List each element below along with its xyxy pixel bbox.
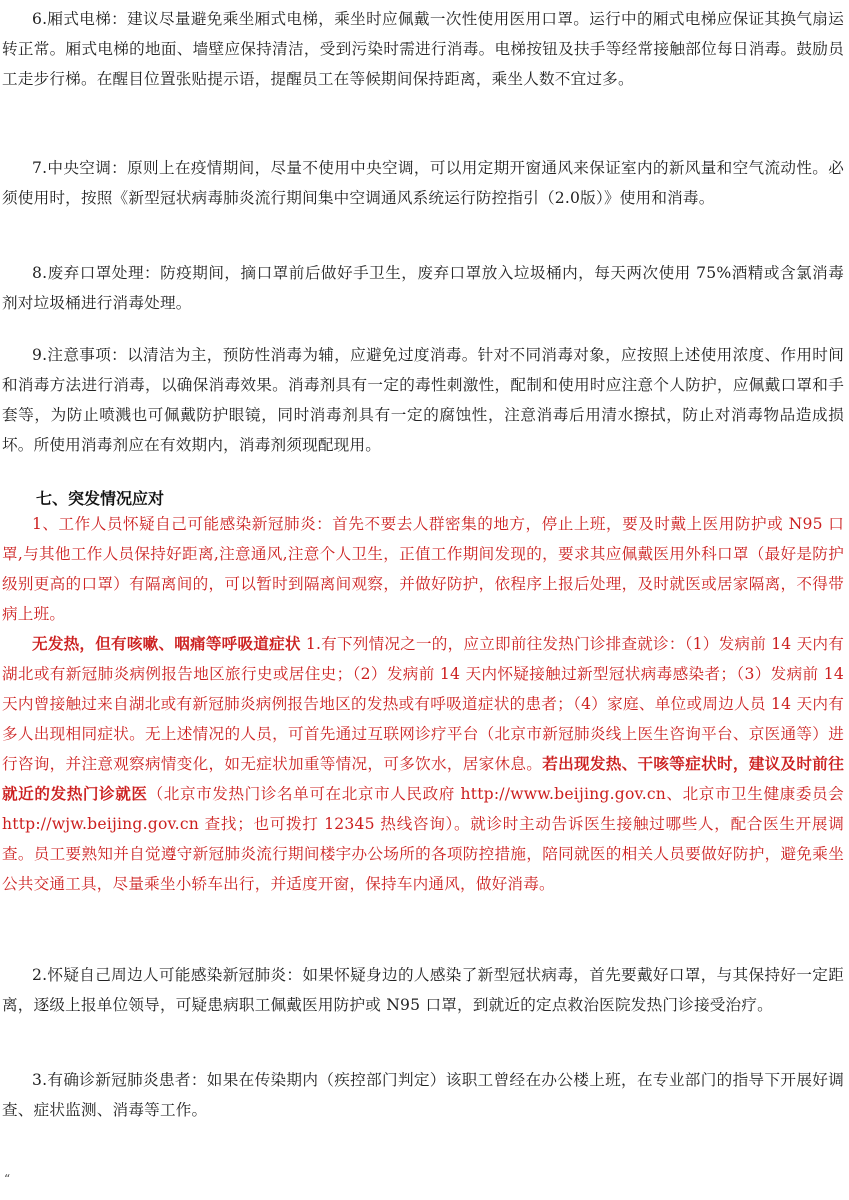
paragraph-confirmed-case: 3.有确诊新冠肺炎患者：如果在传染期内（疾控部门判定）该职工曾经在办公楼上班，在… — [2, 1065, 844, 1125]
paragraph-text: 3.有确诊新冠肺炎患者：如果在传染期内（疾控部门判定）该职工曾经在办公楼上班，在… — [2, 1071, 844, 1119]
paragraph-text: 8.废弃口罩处理：防疫期间，摘口罩前后做好手卫生，废弃口罩放入垃圾桶内，每天两次… — [2, 264, 844, 312]
paragraph-mask-disposal: 8.废弃口罩处理：防疫期间，摘口罩前后做好手卫生，废弃口罩放入垃圾桶内，每天两次… — [2, 258, 844, 318]
paragraph-text: 6.厢式电梯：建议尽量避免乘坐厢式电梯，乘坐时应佩戴一次性使用医用口罩。运行中的… — [2, 10, 844, 88]
paragraph-text: 1、工作人员怀疑自己可能感染新冠肺炎：首先不要去人群密集的地方，停止上班，要及时… — [2, 515, 844, 623]
stray-quote-mark: “ — [4, 1172, 10, 1186]
section-heading-emergency: 七、突发情况应对 — [36, 486, 164, 509]
paragraph-text: 1.有下列情况之一的，应立即前往发热门诊排查就诊：（1）发病前 14 天内有湖北… — [2, 635, 844, 773]
paragraph-central-ac: 7.中央空调：原则上在疫情期间，尽量不使用中央空调，可以用定期开窗通风来保证室内… — [2, 153, 844, 213]
paragraph-text: 2.怀疑自己周边人可能感染新冠肺炎：如果怀疑身边的人感染了新型冠状病毒，首先要戴… — [2, 966, 844, 1014]
paragraph-others-suspected: 2.怀疑自己周边人可能感染新冠肺炎：如果怀疑身边的人感染了新型冠状病毒，首先要戴… — [2, 960, 844, 1020]
paragraph-text: 7.中央空调：原则上在疫情期间，尽量不使用中央空调，可以用定期开窗通风来保证室内… — [2, 159, 844, 207]
bold-symptom-label: 无发热，但有咳嗽、咽痛等呼吸道症状 — [32, 634, 301, 653]
document-page: 6.厢式电梯：建议尽量避免乘坐厢式电梯，乘坐时应佩戴一次性使用医用口罩。运行中的… — [0, 0, 849, 1200]
paragraph-self-suspected: 1、工作人员怀疑自己可能感染新冠肺炎：首先不要去人群密集的地方，停止上班，要及时… — [2, 509, 844, 629]
paragraph-precautions: 9.注意事项：以清洁为主，预防性消毒为辅，应避免过度消毒。针对不同消毒对象，应按… — [2, 340, 844, 460]
paragraph-symptoms: 无发热，但有咳嗽、咽痛等呼吸道症状 1.有下列情况之一的，应立即前往发热门诊排查… — [2, 629, 844, 899]
paragraph-text: 9.注意事项：以清洁为主，预防性消毒为辅，应避免过度消毒。针对不同消毒对象，应按… — [2, 346, 844, 454]
paragraph-elevator: 6.厢式电梯：建议尽量避免乘坐厢式电梯，乘坐时应佩戴一次性使用医用口罩。运行中的… — [2, 4, 844, 94]
